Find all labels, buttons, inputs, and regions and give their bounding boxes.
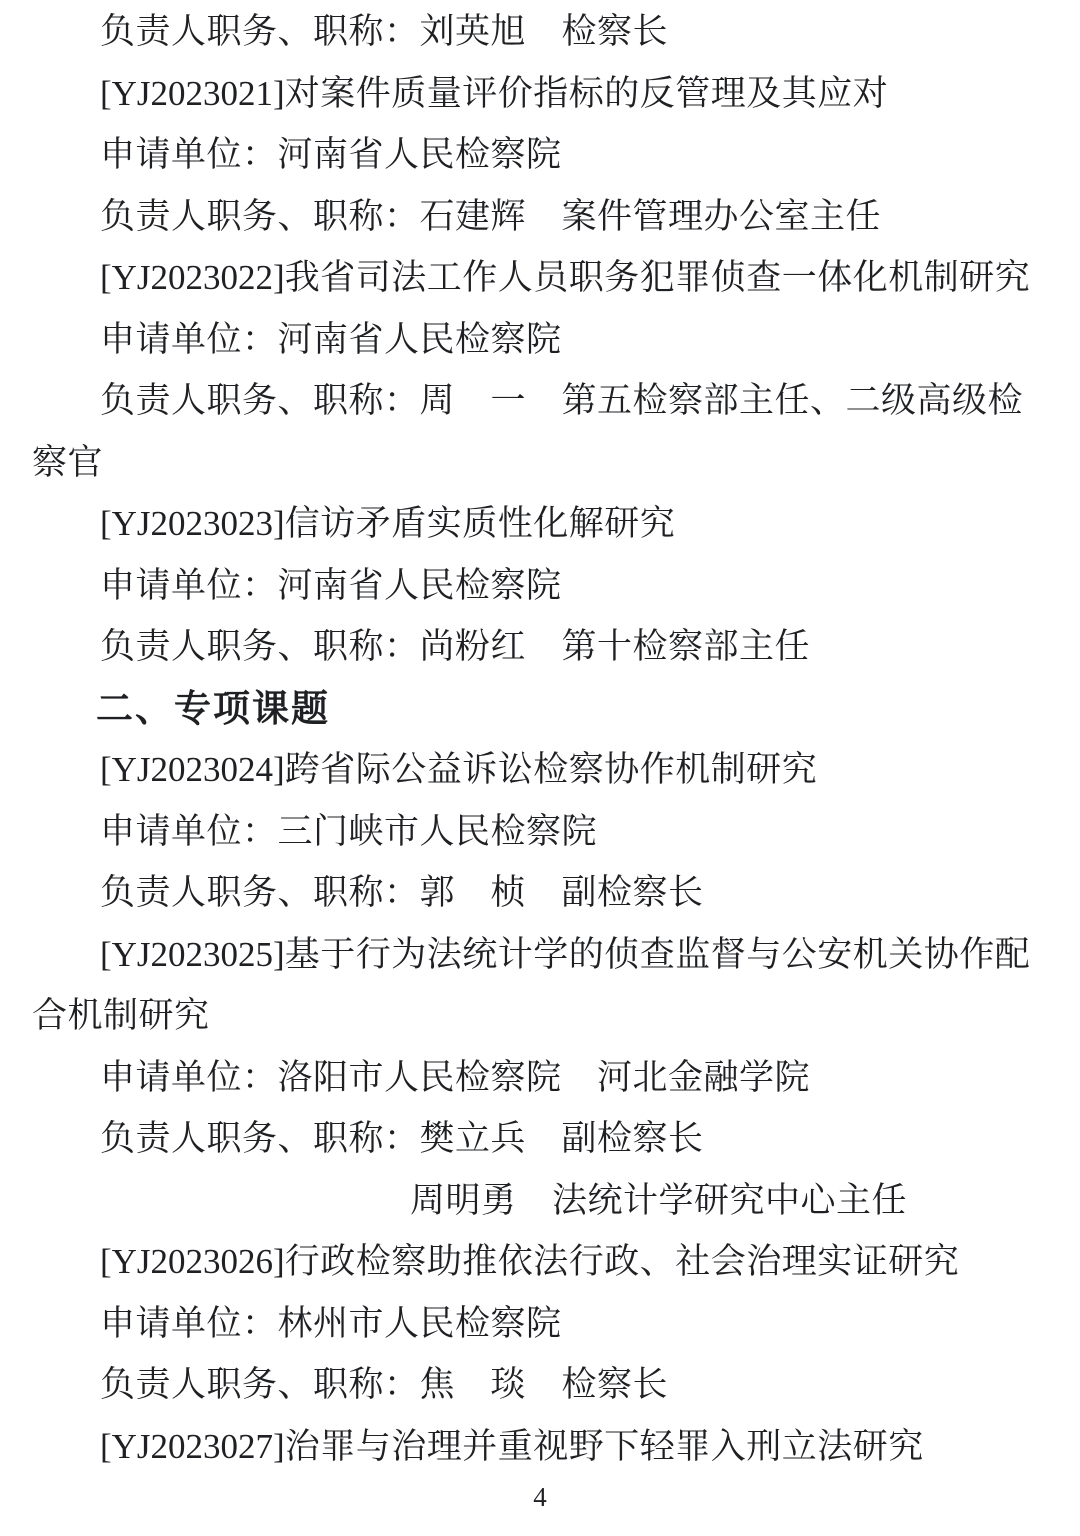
leader-title-text: 负责人职务、职称：焦 琰 检察长 xyxy=(100,1365,668,1404)
topic-title: 我省司法工作人员职务犯罪侦查一体化机制研究 xyxy=(285,258,1031,297)
topic-line: [YJ2023025]基于行为法统计学的侦查监督与公安机关协作配 xyxy=(100,924,1030,986)
topic-title: 行政检察助推依法行政、社会治理实证研究 xyxy=(285,1242,960,1281)
topic-title: 跨省际公益诉讼检察协作机制研究 xyxy=(285,750,818,789)
applicant-unit-line: 申请单位：洛阳市人民检察院 河北金融学院 xyxy=(100,1047,810,1109)
applicant-unit-line: 申请单位：河南省人民检察院 xyxy=(100,124,562,186)
topic-line: [YJ2023022]我省司法工作人员职务犯罪侦查一体化机制研究 xyxy=(100,247,1030,309)
topic-line: [YJ2023021]对案件质量评价指标的反管理及其应对 xyxy=(100,63,888,125)
applicant-unit-line: 申请单位：河南省人民检察院 xyxy=(100,309,562,371)
applicant-unit-text: 申请单位：三门峡市人民检察院 xyxy=(100,812,597,851)
applicant-unit-line: 申请单位：三门峡市人民检察院 xyxy=(100,801,597,863)
applicant-unit-line: 申请单位：河南省人民检察院 xyxy=(100,555,562,617)
topic-id: [YJ2023027] xyxy=(100,1427,285,1466)
document-page: 负责人职务、职称：刘英旭 检察长 [YJ2023021]对案件质量评价指标的反管… xyxy=(0,0,1080,1536)
applicant-unit-text: 申请单位：林州市人民检察院 xyxy=(100,1304,562,1343)
topic-id: [YJ2023023] xyxy=(100,504,285,543)
co-leader-line: 周明勇 法统计学研究中心主任 xyxy=(410,1170,907,1232)
leader-title-text: 负责人职务、职称：周 一 第五检察部主任、二级高级检 xyxy=(100,381,1023,420)
wrap-continuation-line: 合机制研究 xyxy=(32,985,210,1047)
applicant-unit-text: 申请单位：河南省人民检察院 xyxy=(100,320,562,359)
topic-title: 治罪与治理并重视野下轻罪入刑立法研究 xyxy=(285,1427,924,1466)
leader-title-line: 负责人职务、职称：尚粉红 第十检察部主任 xyxy=(100,616,810,678)
applicant-unit-text: 申请单位：河南省人民检察院 xyxy=(100,566,562,605)
wrap-continuation-line: 察官 xyxy=(32,432,103,494)
topic-line: [YJ2023027]治罪与治理并重视野下轻罪入刑立法研究 xyxy=(100,1416,924,1478)
leader-title-line: 负责人职务、职称：石建辉 案件管理办公室主任 xyxy=(100,186,881,248)
topic-title: 信访矛盾实质性化解研究 xyxy=(285,504,676,543)
topic-line: [YJ2023023]信访矛盾实质性化解研究 xyxy=(100,493,675,555)
leader-title-text: 负责人职务、职称：石建辉 案件管理办公室主任 xyxy=(100,197,881,236)
topic-id: [YJ2023025] xyxy=(100,935,285,974)
applicant-unit-text: 申请单位：洛阳市人民检察院 河北金融学院 xyxy=(100,1058,810,1097)
applicant-unit-text: 申请单位：河南省人民检察院 xyxy=(100,135,562,174)
topic-title: 对案件质量评价指标的反管理及其应对 xyxy=(285,74,889,113)
wrap-continuation-text: 合机制研究 xyxy=(32,996,210,1035)
topic-id: [YJ2023022] xyxy=(100,258,285,297)
section-heading: 二、专项课题 xyxy=(96,678,330,740)
leader-title-line: 负责人职务、职称：周 一 第五检察部主任、二级高级检 xyxy=(100,370,1023,432)
leader-title-text: 负责人职务、职称：樊立兵 副检察长 xyxy=(100,1119,704,1158)
leader-title-text: 负责人职务、职称：郭 桢 副检察长 xyxy=(100,873,704,912)
section-heading-text: 二、专项课题 xyxy=(96,688,330,729)
leader-title-line: 负责人职务、职称：樊立兵 副检察长 xyxy=(100,1108,704,1170)
topic-line: [YJ2023026]行政检察助推依法行政、社会治理实证研究 xyxy=(100,1231,959,1293)
leader-title-text: 负责人职务、职称：尚粉红 第十检察部主任 xyxy=(100,627,810,666)
leader-title-text: 负责人职务、职称：刘英旭 检察长 xyxy=(100,12,668,51)
co-leader-text: 周明勇 法统计学研究中心主任 xyxy=(410,1181,907,1220)
topic-id: [YJ2023026] xyxy=(100,1242,285,1281)
topic-id: [YJ2023024] xyxy=(100,750,285,789)
applicant-unit-line: 申请单位：林州市人民检察院 xyxy=(100,1293,562,1355)
leader-title-line: 负责人职务、职称：焦 琰 检察长 xyxy=(100,1354,668,1416)
page-number: 4 xyxy=(0,1480,1080,1514)
leader-title-line: 负责人职务、职称：郭 桢 副检察长 xyxy=(100,862,704,924)
topic-title: 基于行为法统计学的侦查监督与公安机关协作配 xyxy=(285,935,1031,974)
leader-title-line: 负责人职务、职称：刘英旭 检察长 xyxy=(100,1,668,63)
topic-id: [YJ2023021] xyxy=(100,74,285,113)
wrap-continuation-text: 察官 xyxy=(32,443,103,482)
topic-line: [YJ2023024]跨省际公益诉讼检察协作机制研究 xyxy=(100,739,817,801)
